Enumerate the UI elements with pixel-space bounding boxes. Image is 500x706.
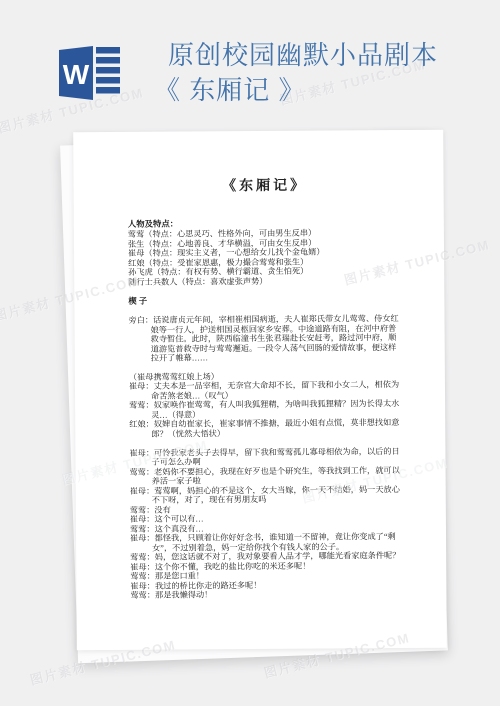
dialogue-text: 莺莺啊，妈担心的不是这个，女大当嫁，你一天不结婚，妈一天放心不下呀，对了，现在有… [152, 485, 400, 505]
dialogue-text: 丈夫本是一品宰相，无奈官大命却不长，留下我和小女二人，相依为命苦煞老娘…（叹气） [151, 380, 399, 400]
speaker-name: 崔母： [130, 534, 155, 543]
dialogue-text: 那是您口重！ [155, 571, 204, 580]
dialogue-line: 崔母：都怪我，只顾着让你好好念书，谁知道一不留神，竟让你变成了“剩女”，不过别着… [130, 532, 404, 553]
dialogue-line: 崔母：莺莺啊，妈担心的不是这个，女大当嫁，你一天不结婚，妈一天放心不下呀，对了，… [130, 484, 404, 505]
section-heading: 楔子 [128, 295, 402, 307]
page-title-line1: 原创校园幽默小品剧本 [168, 38, 438, 73]
dialogue-line: 崔母：可怜我家老头子去得早，留下我和莺莺孤儿寡母相依为命，以后的日子可怎么办啊 [129, 447, 403, 468]
speaker-name: 崔母： [130, 562, 155, 571]
dialogue-text: 没有 [154, 505, 170, 514]
speaker-name: 崔母： [130, 515, 155, 524]
dialogue-text: 奴家唤作崔莺莺，有人叫我狐狸精，为啥叫我狐狸精？因为长得太水灵…（得意） [151, 399, 399, 419]
word-doc-lines [96, 47, 120, 94]
page-title-line2: 《 东厢记 》 [154, 73, 438, 108]
dialogue-line: 莺莺：那是我懒得动！ [130, 589, 404, 600]
header: W 原创校园幽默小品剧本 《 东厢记 》 [56, 38, 438, 108]
dialogue-text: 奴婢自幼崔家长，崔家事情不推搪，最近小姐有点慌，莫非想找如意郎？（恍然大悟状） [151, 418, 399, 438]
word-w-panel: W [59, 46, 93, 100]
document-title: 《东厢记》 [128, 174, 402, 196]
narration-line: 旁白：话说唐贞元年间，宰相崔相国病逝，夫人崔郑氏带女儿莺莺、侍女红娘等一行人，护… [128, 314, 402, 363]
dialogue-block-1: 崔母：丈夫本是一品宰相，无奈官大命却不长，留下我和小女二人，相依为命苦煞老娘…（… [129, 380, 403, 439]
dialogue-text: 都怪我，只顾着让你好好念书，谁知道一不留神，竟让你变成了“剩女”，不过别着急，妈… [152, 532, 396, 552]
speaker-name: 崔母： [130, 581, 155, 590]
dialogue-text: 这个可以有… [154, 514, 203, 523]
paper-sheet-main: 《东厢记》 人物及特点： 莺莺（特点：心思灵巧、性格外向，可由男生反串）张生（特… [73, 130, 447, 651]
speaker-name: 莺莺： [130, 572, 155, 581]
speaker-name: 莺莺： [130, 467, 155, 476]
word-icon: W [56, 44, 120, 106]
speaker-name: 莺莺： [129, 401, 154, 410]
dialogue-line: 崔母：丈夫本是一品宰相，无奈官大命却不长，留下我和小女二人，相依为命苦煞老娘…（… [129, 380, 403, 401]
speaker-name: 莺莺： [130, 591, 155, 600]
speaker-name: 崔母： [129, 382, 154, 391]
cast-list: 莺莺（特点：心思灵巧、性格外向，可由男生反串）张生（特点：心地善良、才华横溢，可… [128, 228, 402, 287]
dialogue-text: 我过的桥比你走的路还多呢！ [155, 580, 262, 590]
dialogue-line: 莺莺：老妈你不要担心，我现在好歹也是个研究生，等我找到工作，就可以养活一家子啦 [130, 465, 404, 486]
speaker-name: 崔母： [130, 486, 155, 495]
page-title: 原创校园幽默小品剧本 《 东厢记 》 [154, 38, 438, 108]
speaker-name: 旁白： [128, 316, 153, 325]
narration-text: 话说唐贞元年间，宰相崔相国病逝，夫人崔郑氏带女儿莺莺、侍女红娘等一行人，护送相国… [151, 314, 399, 363]
speaker-name: 红娘： [129, 420, 154, 429]
svg-text:W: W [63, 59, 90, 90]
cast-line: 随行士兵数人（特点：喜欢虚张声势） [128, 276, 402, 287]
speaker-name: 莺莺： [130, 524, 155, 533]
dialogue-text: 可怜我家老头子去得早，留下我和莺莺孤儿寡母相依为命，以后的日子可怎么办啊 [151, 447, 399, 467]
dialogue-line: 红娘：奴婢自幼崔家长，崔家事情不推搪，最近小姐有点慌，莫非想找如意郎？（恍然大悟… [129, 418, 403, 439]
dialogue-text: 妈，您这话就不对了，我对象要看人品才学，哪能光看家庭条件呢？ [155, 551, 401, 562]
dialogue-line: 莺莺：奴家唤作崔莺莺，有人叫我狐狸精，为啥叫我狐狸精？因为长得太水灵…（得意） [129, 399, 403, 420]
dialogue-text: 这个你不懂，我吃的盐比你吃的米还多呢！ [155, 561, 311, 571]
dialogue-block-2: 崔母：可怜我家老头子去得早，留下我和莺莺孤儿寡母相依为命，以后的日子可怎么办啊莺… [129, 447, 404, 601]
dialogue-text: 那是我懒得动！ [155, 590, 212, 599]
speaker-name: 莺莺： [130, 553, 155, 562]
preview-canvas: W 原创校园幽默小品剧本 《 东厢记 》 图片素材 TUPIC.COM 图片素材… [0, 0, 500, 706]
dialogue-text: 老妈你不要担心，我现在好歹也是个研究生，等我找到工作，就可以养活一家子啦 [152, 466, 400, 486]
speaker-name: 崔母： [129, 448, 154, 457]
speaker-name: 莺莺： [130, 505, 155, 514]
dialogue-text: 这个真没有… [155, 524, 204, 533]
